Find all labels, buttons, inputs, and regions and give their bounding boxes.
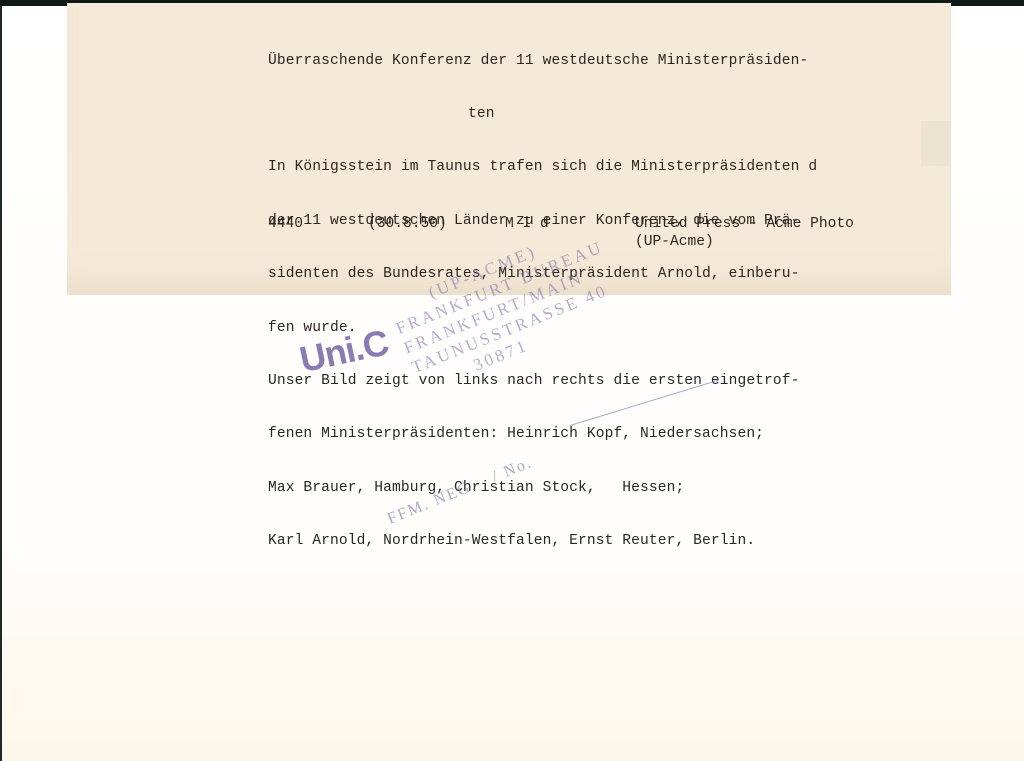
caption-title-line: ten: [268, 106, 817, 124]
photo-code: M I d: [505, 216, 549, 234]
agency-abbrev: (UP-Acme): [635, 234, 714, 252]
agency-name: United Press - Acme Photo: [635, 216, 854, 234]
caption-body-line: fenen Ministerpräsidenten: Heinrich Kopf…: [268, 426, 817, 444]
caption-body-line: In Königsstein im Taunus trafen sich die…: [268, 159, 817, 177]
caption-body-line: Karl Arnold, Nordrhein-Westfalen, Ernst …: [268, 533, 817, 551]
caption-title-line: Überraschende Konferenz der 11 westdeuts…: [268, 53, 817, 71]
photo-date: (30.8.50): [368, 216, 447, 234]
caption-body-line: Max Brauer, Hamburg, Christian Stock, He…: [268, 480, 817, 498]
caption-body-line: Unser Bild zeigt von links nach rechts d…: [268, 373, 817, 391]
photo-number: 4440: [268, 216, 303, 234]
